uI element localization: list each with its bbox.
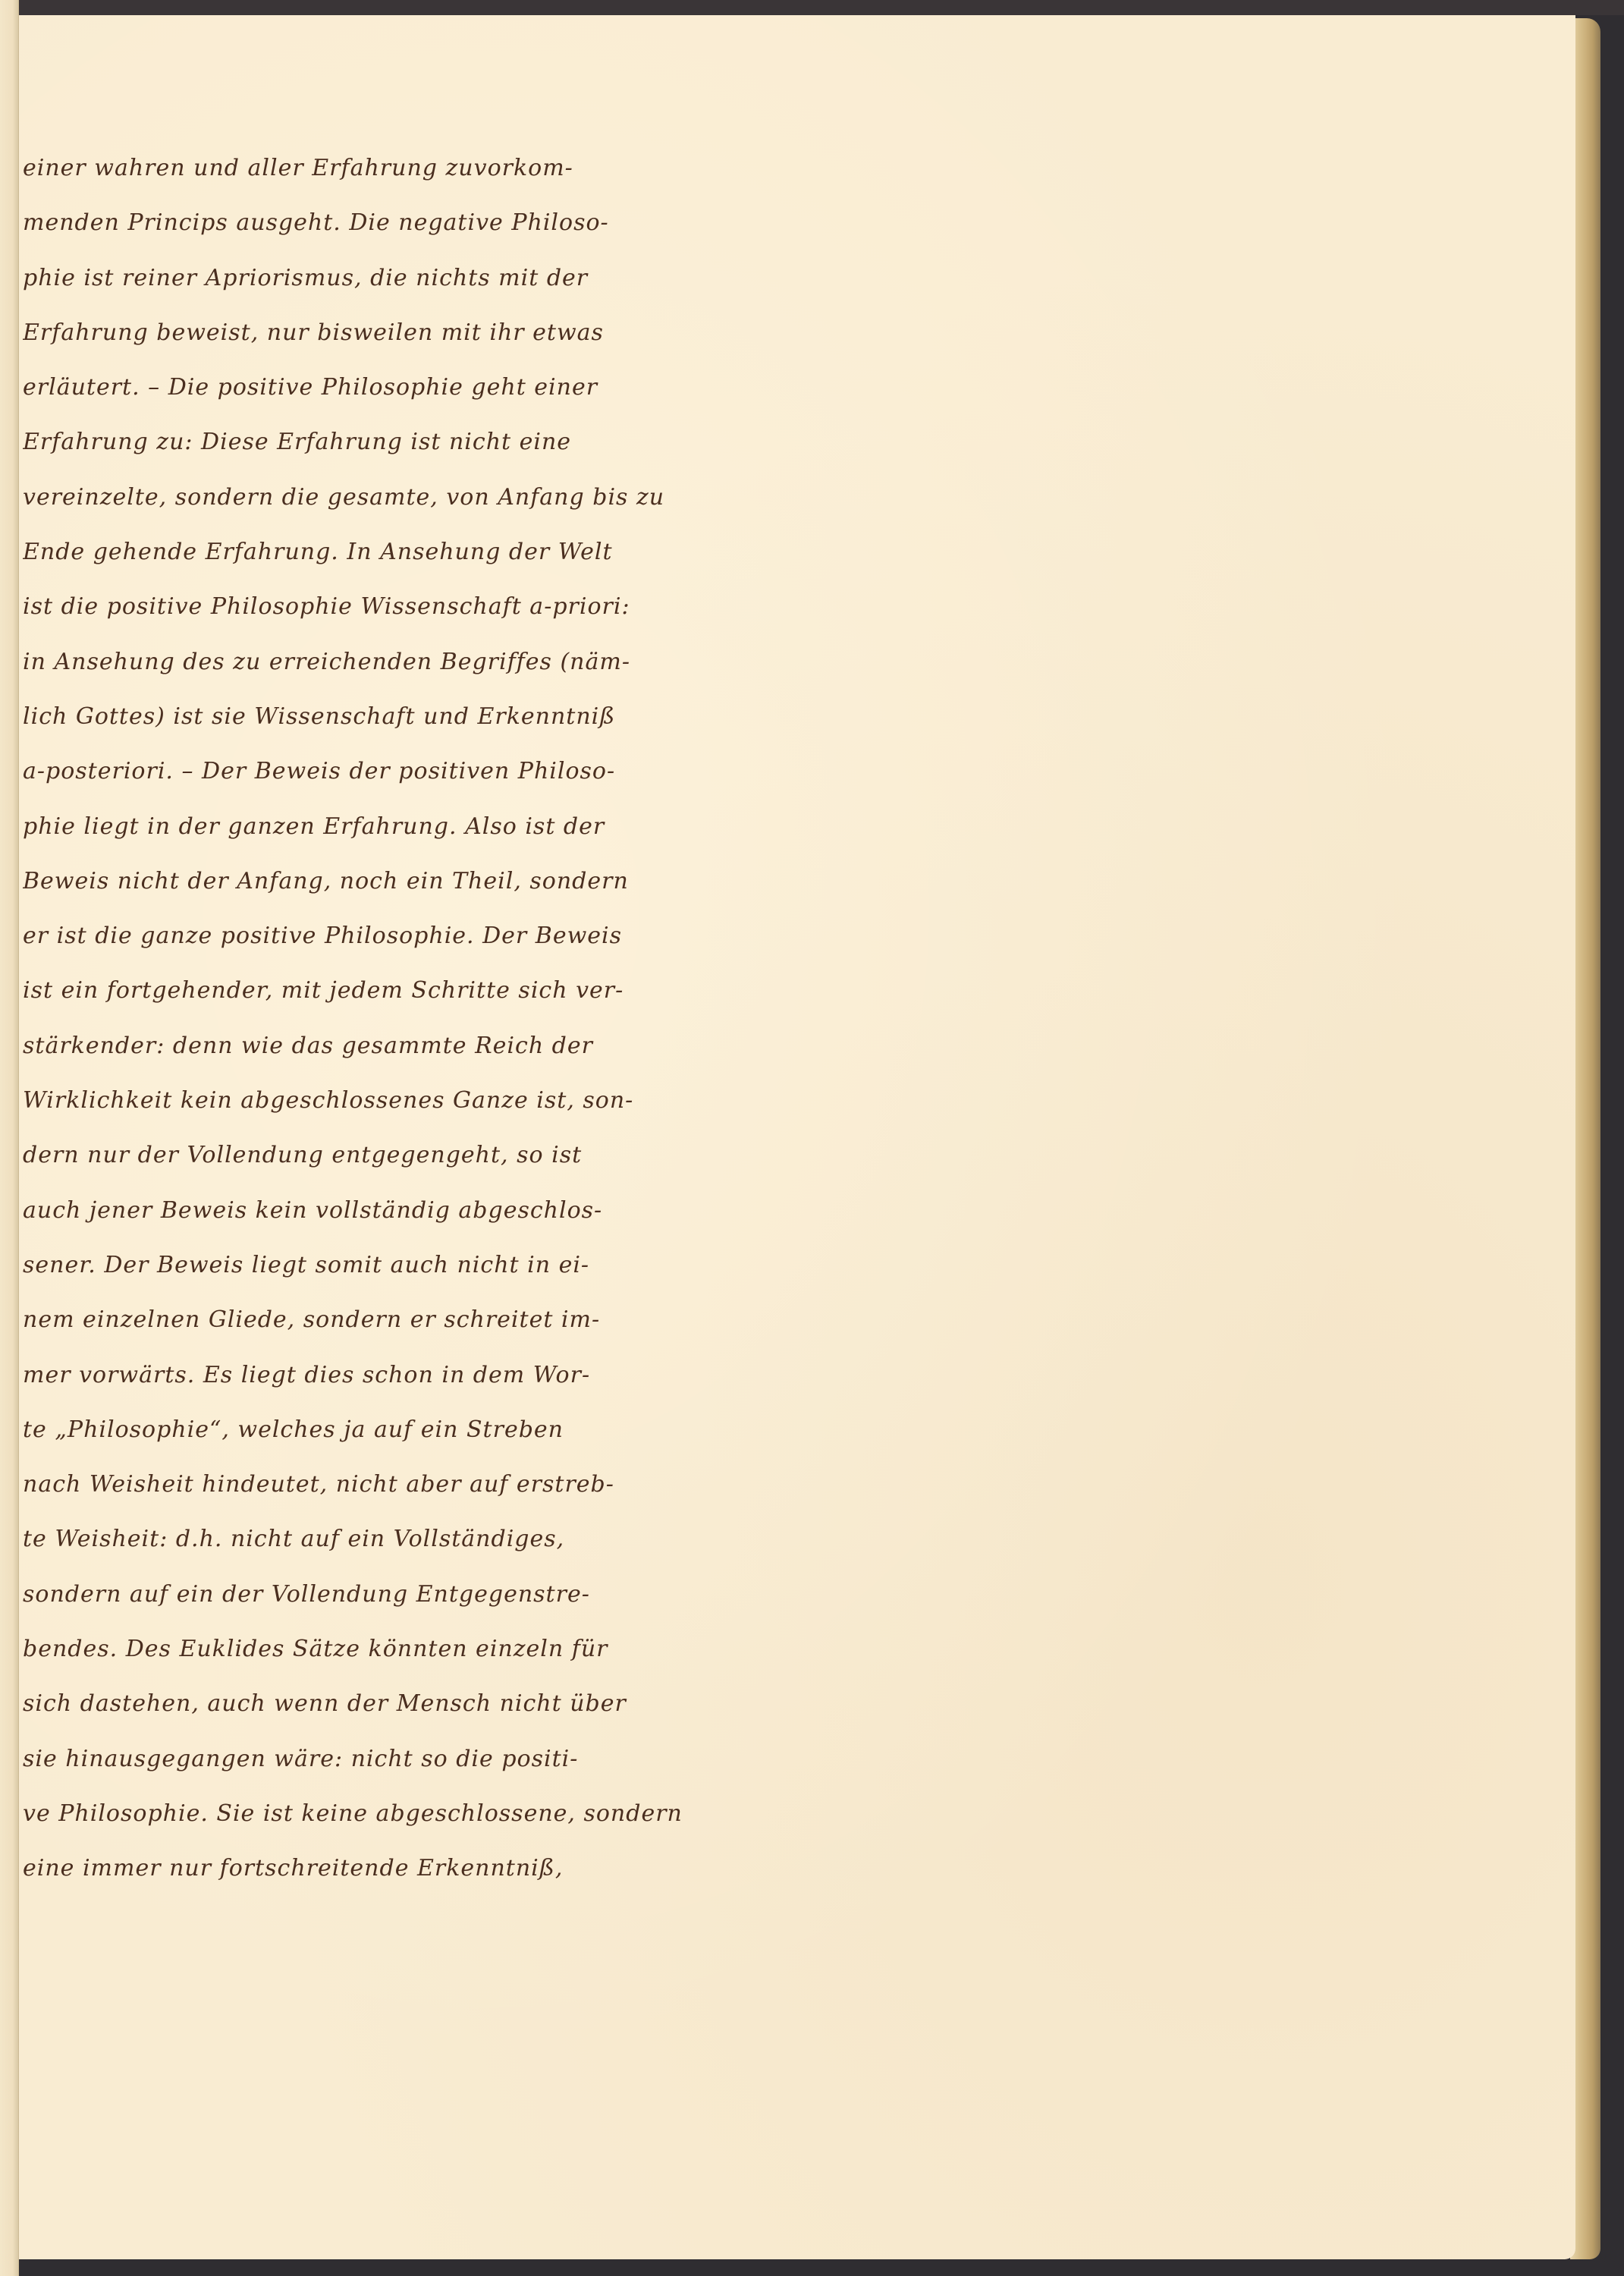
text-line: a-posteriori. – Der Beweis der positiven… (23, 744, 827, 799)
text-line: sie hinausgegangen wäre: nicht so die po… (23, 1732, 827, 1787)
text-line: ve Philosophie. Sie ist keine abgeschlos… (23, 1787, 827, 1841)
text-line: nem einzelnen Gliede, sondern er schreit… (23, 1293, 827, 1347)
text-line: Beweis nicht der Anfang, noch ein Theil,… (23, 854, 827, 909)
text-line: te Weisheit: d.h. nicht auf ein Vollstän… (23, 1512, 827, 1567)
previous-page-edge (0, 0, 19, 2276)
text-line: Wirklichkeit kein abgeschlossenes Ganze … (23, 1074, 827, 1128)
scan-background-top (0, 0, 1624, 15)
handwritten-text-block: einer wahren und aller Erfahrung zuvorko… (23, 141, 827, 1897)
text-line: einer wahren und aller Erfahrung zuvorko… (23, 141, 827, 196)
text-line: erläutert. – Die positive Philosophie ge… (23, 360, 827, 415)
text-line: phie liegt in der ganzen Erfahrung. Also… (23, 800, 827, 854)
text-line: phie ist reiner Apriorismus, die nichts … (23, 251, 827, 306)
text-line: auch jener Beweis kein vollständig abges… (23, 1184, 827, 1238)
text-line: sondern auf ein der Vollendung Entgegens… (23, 1567, 827, 1622)
text-line: in Ansehung des zu erreichenden Begriffe… (23, 635, 827, 690)
text-line: ist ein fortgehender, mit jedem Schritte… (23, 964, 827, 1018)
text-line: sich dastehen, auch wenn der Mensch nich… (23, 1677, 827, 1731)
text-line: ist die positive Philosophie Wissenschaf… (23, 580, 827, 634)
text-line: stärkender: denn wie das gesammte Reich … (23, 1019, 827, 1074)
text-line: Ende gehende Erfahrung. In Ansehung der … (23, 525, 827, 580)
scan-scene: einer wahren und aller Erfahrung zuvorko… (0, 0, 1624, 2276)
text-line: Erfahrung beweist, nur bisweilen mit ihr… (23, 306, 827, 360)
text-line: vereinzelte, sondern die gesamte, von An… (23, 470, 827, 525)
text-line: sener. Der Beweis liegt somit auch nicht… (23, 1238, 827, 1293)
text-line: er ist die ganze positive Philosophie. D… (23, 909, 827, 964)
text-line: dern nur der Vollendung entgegengeht, so… (23, 1128, 827, 1183)
text-line: nach Weisheit hindeutet, nicht aber auf … (23, 1457, 827, 1512)
text-line: menden Princips ausgeht. Die negative Ph… (23, 196, 827, 250)
text-line: eine immer nur fortschreitende Erkenntni… (23, 1841, 827, 1896)
text-line: Erfahrung zu: Diese Erfahrung ist nicht … (23, 415, 827, 470)
text-line: te „Philosophie“, welches ja auf ein Str… (23, 1403, 827, 1457)
text-line: mer vorwärts. Es liegt dies schon in dem… (23, 1348, 827, 1403)
text-line: lich Gottes) ist sie Wissenschaft und Er… (23, 690, 827, 744)
text-line: bendes. Des Euklides Sätze könnten einze… (23, 1622, 827, 1677)
